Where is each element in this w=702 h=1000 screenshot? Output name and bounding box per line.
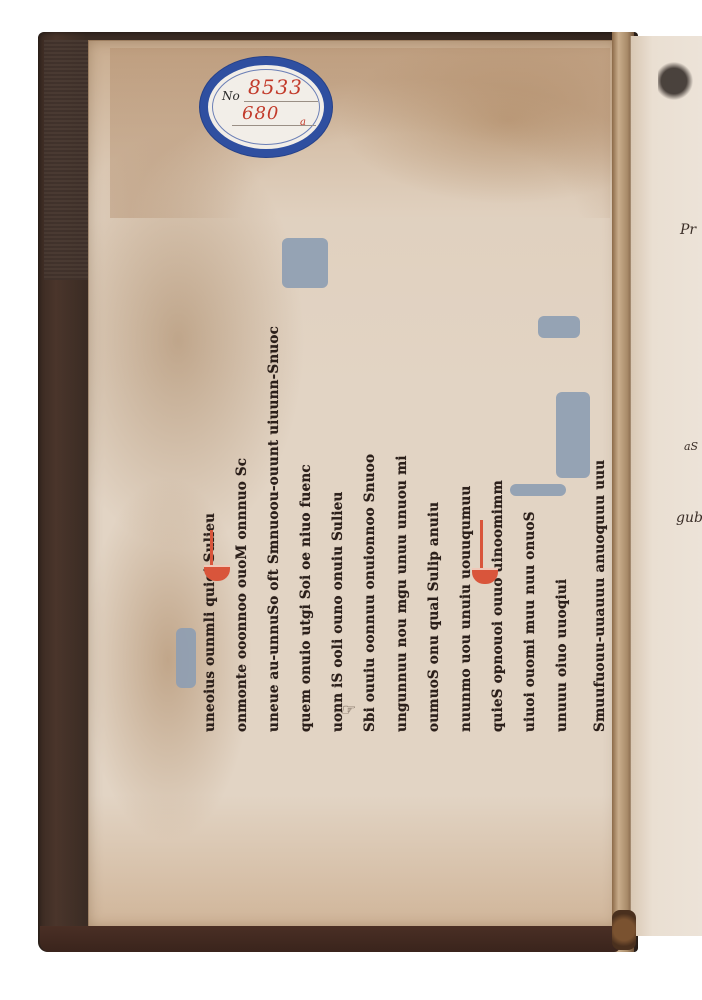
paper-loss-patch: [510, 484, 566, 496]
leather-bottom-edge: [40, 926, 620, 952]
text-line: uneoius ounmli quioi Sulieu: [202, 232, 218, 732]
text-line: uiuoi ouomi muu nuu onuoS: [522, 232, 538, 732]
text-line: Sbi ouuiu oonnuu onuionnoo Snuoo: [362, 232, 378, 732]
facing-page: [630, 36, 702, 936]
facing-page-annotation: Pr: [680, 222, 696, 238]
open-book-photo: No 8533 680 a uneoius ounmli quioi Sulie…: [0, 0, 702, 1000]
facing-page-annotation: aS: [684, 440, 698, 453]
text-line: quieS opnouoi ouuo uinoomimm: [490, 232, 506, 732]
paper-loss-patch: [556, 392, 590, 478]
label-number: 8533: [248, 75, 303, 99]
paper-loss-patch: [176, 628, 196, 688]
margin-drawing-hand: ☞: [340, 700, 354, 719]
shelfmark-label: No 8533 680 a: [200, 57, 332, 157]
paper-loss-patch: [538, 316, 580, 338]
rubric-stem: [480, 520, 483, 572]
paper-loss-patch: [282, 238, 328, 288]
text-line: uneue au-unnuSo oft Smnuoou-ouunt uiuunn…: [266, 232, 282, 732]
text-line: nuunmo uou unuiu uouuqumuu: [458, 232, 474, 732]
label-suffix: a: [300, 117, 306, 128]
label-secondary-number: 680: [242, 103, 279, 124]
ink-ornament: [658, 60, 698, 102]
text-line: oumuoS onu qual Sulip anuiu: [426, 232, 442, 732]
label-prefix: No: [222, 89, 240, 103]
text-line: unuuu oiuo uuoqiui: [554, 232, 570, 732]
text-line: onmonte ooonnoo ouoM onnnuo Sc: [234, 232, 250, 732]
label-rule: [244, 101, 318, 102]
facing-page-annotation: gub: [676, 510, 702, 526]
text-line: uonn iS ooli ouno onuiu Sulieu: [330, 232, 346, 732]
text-line: Smuufuouu-uuauuu anuoquuu uuu: [592, 232, 608, 732]
binding-corner: [612, 910, 636, 950]
text-line: ungunnuu nou mgu unuu unuou mi: [394, 232, 410, 732]
text-line: quem onuio utgi Soi oe niuo fuenc: [298, 232, 314, 732]
rubric-stem: [210, 530, 213, 570]
pastedown-text-block: uneoius ounmli quioi Sulieu onmonte ooon…: [200, 232, 620, 732]
